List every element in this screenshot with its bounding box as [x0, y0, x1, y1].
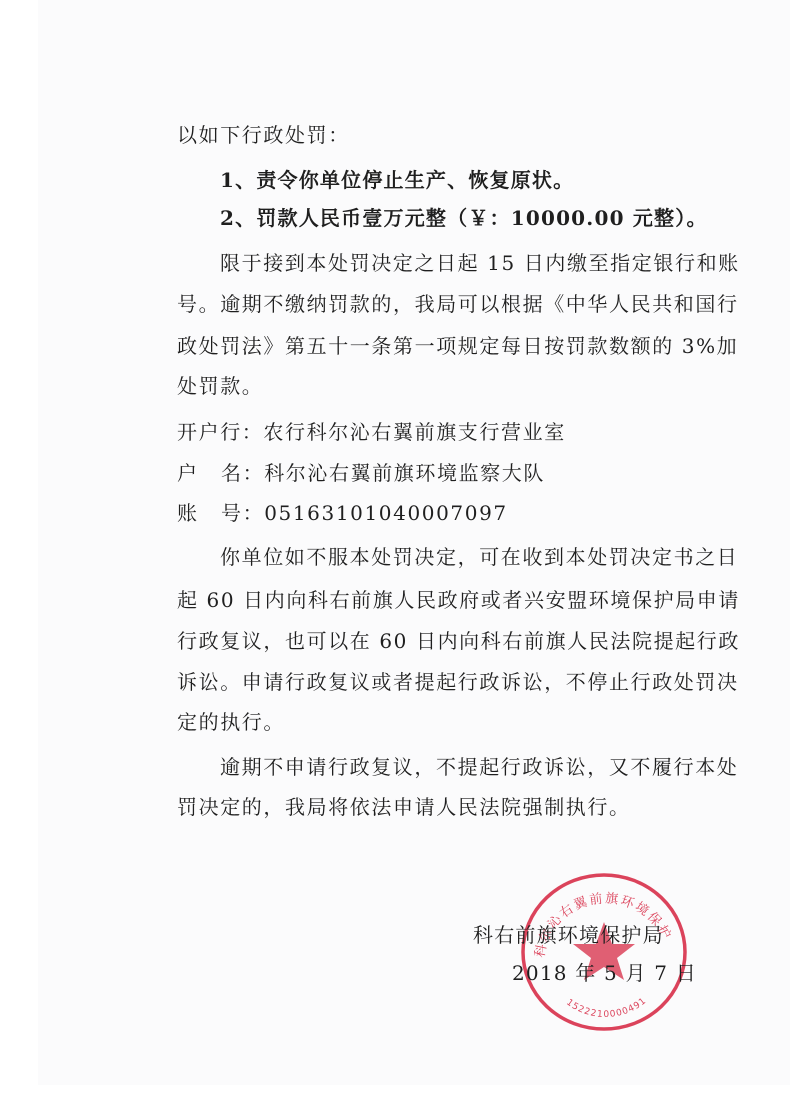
- payment-paragraph-line: 限于接到本处罚决定之日起 15 日内缴至指定银行和账: [220, 251, 765, 275]
- appeal-paragraph-line: 行政复议，也可以在 60 日内向科右前旗人民法院提起行政: [177, 629, 722, 653]
- payment-paragraph-line: 处罚款。: [177, 374, 722, 398]
- penalty-item-1: 1、责令你单位停止生产、恢复原状。: [220, 168, 765, 192]
- enforcement-paragraph-line: 逾期不申请行政复议，不提起行政诉讼，又不履行本处: [220, 755, 765, 779]
- account-name-label-2: 名：: [221, 461, 264, 485]
- issue-date: 2018 年 5 月 7 日: [512, 961, 697, 985]
- account-number-label-1: 账: [177, 501, 221, 525]
- account-number-label-2: 号：: [221, 501, 264, 525]
- account-number-row: 账号：05163101040007097: [177, 501, 722, 525]
- payment-paragraph-line: 号。逾期不缴纳罚款的，我局可以根据《中华人民共和国行: [177, 292, 722, 316]
- enforcement-paragraph-line: 罚决定的，我局将依法申请人民法院强制执行。: [177, 795, 722, 819]
- svg-text:1522210000491: 1522210000491: [564, 996, 649, 1020]
- appeal-paragraph-line: 定的执行。: [177, 710, 722, 734]
- official-seal-icon: 科尔沁右翼前旗环境保护局 1522210000491: [520, 872, 688, 1032]
- bank-value: 农行科尔沁右翼前旗支行营业室: [263, 420, 565, 444]
- payment-paragraph-line: 政处罚法》第五十一条第一项规定每日按罚款数额的 3%加: [177, 334, 722, 358]
- penalty-item-2: 2、罚款人民币壹万元整（￥：10000.00 元整）。: [220, 206, 765, 230]
- account-name-value: 科尔沁右翼前旗环境监察大队: [264, 461, 545, 485]
- account-name-row: 户名：科尔沁右翼前旗环境监察大队: [177, 461, 722, 485]
- account-number-value: 05163101040007097: [264, 501, 508, 525]
- appeal-paragraph-line: 起 60 日内向科右前旗人民政府或者兴安盟环境保护局申请: [177, 588, 722, 612]
- appeal-paragraph-line: 诉讼。申请行政复议或者提起行政诉讼，不停止行政处罚决: [177, 670, 722, 694]
- seal-number: 1522210000491: [564, 996, 649, 1020]
- intro-line: 以如下行政处罚：: [177, 123, 722, 147]
- bank-row: 开户行：农行科尔沁右翼前旗支行营业室: [177, 420, 722, 444]
- issuing-organization: 科右前旗环境保护局: [473, 923, 664, 947]
- appeal-paragraph-line: 你单位如不服本处罚决定，可在收到本处罚决定书之日: [220, 545, 765, 569]
- bank-label: 开户行：: [177, 420, 263, 444]
- account-name-label-1: 户: [177, 461, 221, 485]
